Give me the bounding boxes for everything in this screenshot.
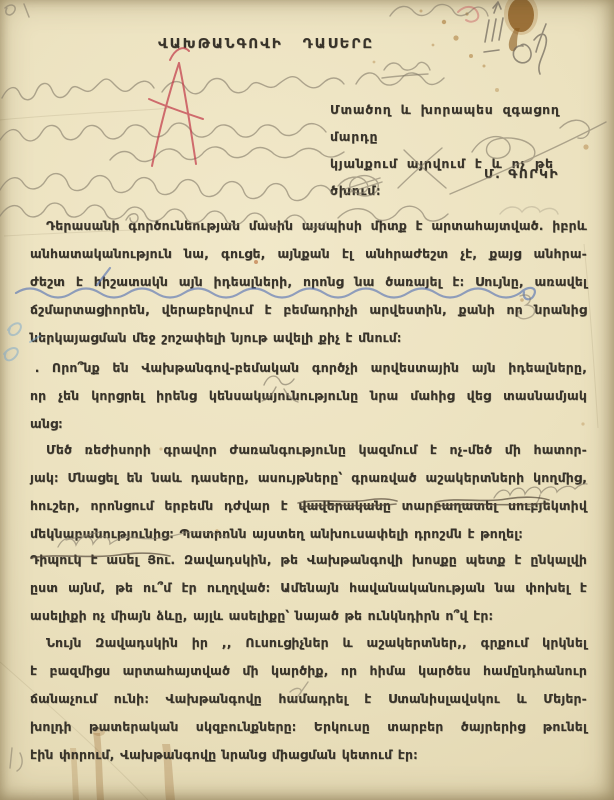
typed-line: հուշեր, որոնցում երբեմն դժվար է վավերակա… [30,492,587,520]
epigraph-line: կյանքում այրվում է և ոչ թե [330,150,608,177]
epigraph-line: Մտածող և խորապես զգացող մարդը [330,96,608,150]
typed-line: ․ Որո՞նք են Վախթանգով-բեմական գործչի արվ… [30,354,587,382]
paragraph-5: Նույն Զավադսկին իր ,, Ուսուցիչներ և աշակ… [30,629,587,769]
tally-mark-iii [484,2,546,74]
paragraph-3: Մեծ ռեժիսորի գրավոր ժառանգությունը կազմո… [30,436,587,548]
corner-pencil-mark [5,4,29,17]
typed-line: ներկայացման մեջ շոշափելի նյութ ավելի քիչ… [30,324,587,352]
typed-line: Նույն Զավադսկին իր ,, Ուսուցիչներ և աշակ… [30,629,587,657]
title-word-2: ԴԱՍԵՐԸ [303,36,374,52]
typed-line: է բազմիցս արտահայտված մի կարծիք, որ հիմա… [30,657,587,685]
epigraph: Մտածող և խորապես զգացող մարդը կյանքում ա… [330,96,608,204]
typed-line: մեկնաբանությունից։ Պատրոնն այստեղ անխուս… [30,520,587,548]
typed-line: ասելիքի ոչ միայն ձևը, այլև ասելիքը՝ նայա… [30,602,587,630]
typed-line: Դերասանի գործունեության մասին այսպիսի մի… [30,212,587,240]
typed-line: ըստ այնմ, թե ու՞մ էր ուղղված։ Ամենայն հա… [30,574,587,602]
paragraph-2: ․ Որո՞նք են Վախթանգով-բեմական գործչի արվ… [30,354,587,438]
typed-line: Մեծ ռեժիսորի գրավոր ժառանգությունը կազմո… [30,436,587,464]
typed-line: յակ։ Մնացել են նաև դասերը, ասույթները՝ գ… [30,464,587,492]
typed-line: որ չեն կորցրել իրենց կենսակայունությունը… [30,382,587,410]
title-word-1: ՎԱԽԹԱՆԳՈՎԻ [158,36,283,52]
paragraph-4: Դիպուկ է ասել Յու. Զավադսկին, թե Վախթանգ… [30,546,587,630]
scanned-document-page: ՎԱԽԹԱՆԳՈՎԻ ԴԱՍԵՐԸ Մտածող և խորապես զգացո… [0,0,614,800]
top-right-scribble [382,5,488,78]
typed-line: ճշմարտացիորեն, վերաբերվում է բեմադրիչի ա… [30,296,587,324]
typed-line: անհատականություն նա, գուցե, այնքան էլ ան… [30,240,587,268]
epigraph-line: ծխում։ [330,177,608,204]
typed-line: ժեշտ է հիշատակն այն իդեալների, որոնց նա … [30,268,587,296]
ink-stain-blob [504,0,538,51]
paragraph-1: Դերասանի գործունեության մասին այսպիսի մի… [30,212,587,352]
typed-line: ճանաչում ունի։ Վախթանգովը համադրել է Ստա… [30,685,587,713]
typed-line: Դիպուկ է ասել Յու. Զավադսկին, թե Վախթանգ… [30,546,587,574]
epigraph-attribution: Մ. ԳՈՐԿԻ [484,166,559,181]
typed-line: էին փորում, Վախթանգովը նրանց միացման կետ… [30,741,587,769]
typed-line: խոլդի թատերական սկզբունքները։ Երկուսը տա… [30,713,587,741]
document-title: ՎԱԽԹԱՆԳՈՎԻ ԴԱՍԵՐԸ [158,36,374,52]
typed-line: անց։ [30,410,587,438]
